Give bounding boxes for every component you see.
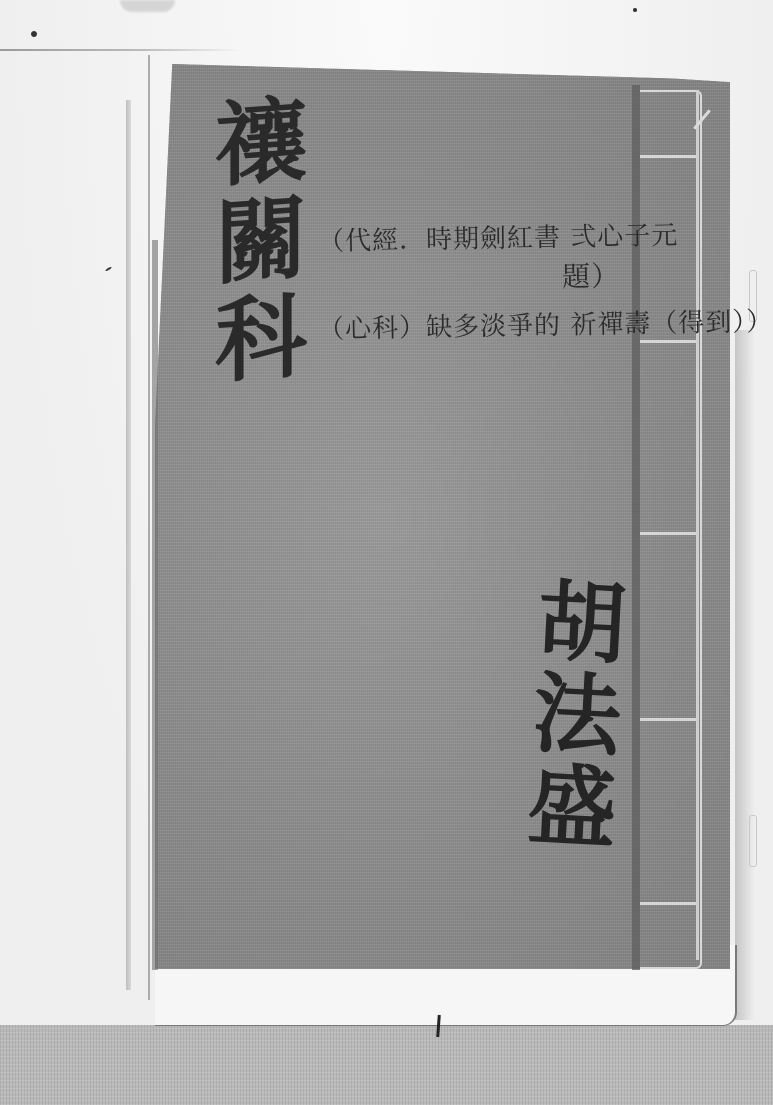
page-shadow — [735, 330, 755, 1020]
author-signature: 胡法盛 — [488, 572, 622, 854]
scan-smudge — [120, 0, 175, 12]
underlying-sheet-edge — [126, 100, 131, 990]
manuscript-title: 禳關科 — [190, 91, 300, 393]
staple-mark — [749, 815, 757, 867]
binding-stitch — [640, 902, 698, 905]
scan-speck — [633, 8, 637, 12]
scanner-bed-shadow — [0, 1025, 773, 1105]
binding-thread — [696, 90, 699, 960]
scanner-edge-line — [0, 49, 240, 51]
annotation-line-2: （心科）缺多淡爭的 祈禪壽（得到）） — [318, 301, 773, 346]
sheet-fold-line — [148, 55, 150, 1000]
scan-speck — [31, 31, 37, 37]
annotation-line-1: （代經．時期劍紅書 弍心子元 — [318, 215, 679, 258]
annotation-line-1-continuation: 題） — [562, 254, 621, 295]
binding-stitch — [640, 718, 698, 721]
cover-edge — [152, 240, 158, 970]
binding-stitch — [640, 532, 698, 535]
binding-stitch — [640, 155, 698, 158]
binding-stitch — [640, 340, 698, 343]
